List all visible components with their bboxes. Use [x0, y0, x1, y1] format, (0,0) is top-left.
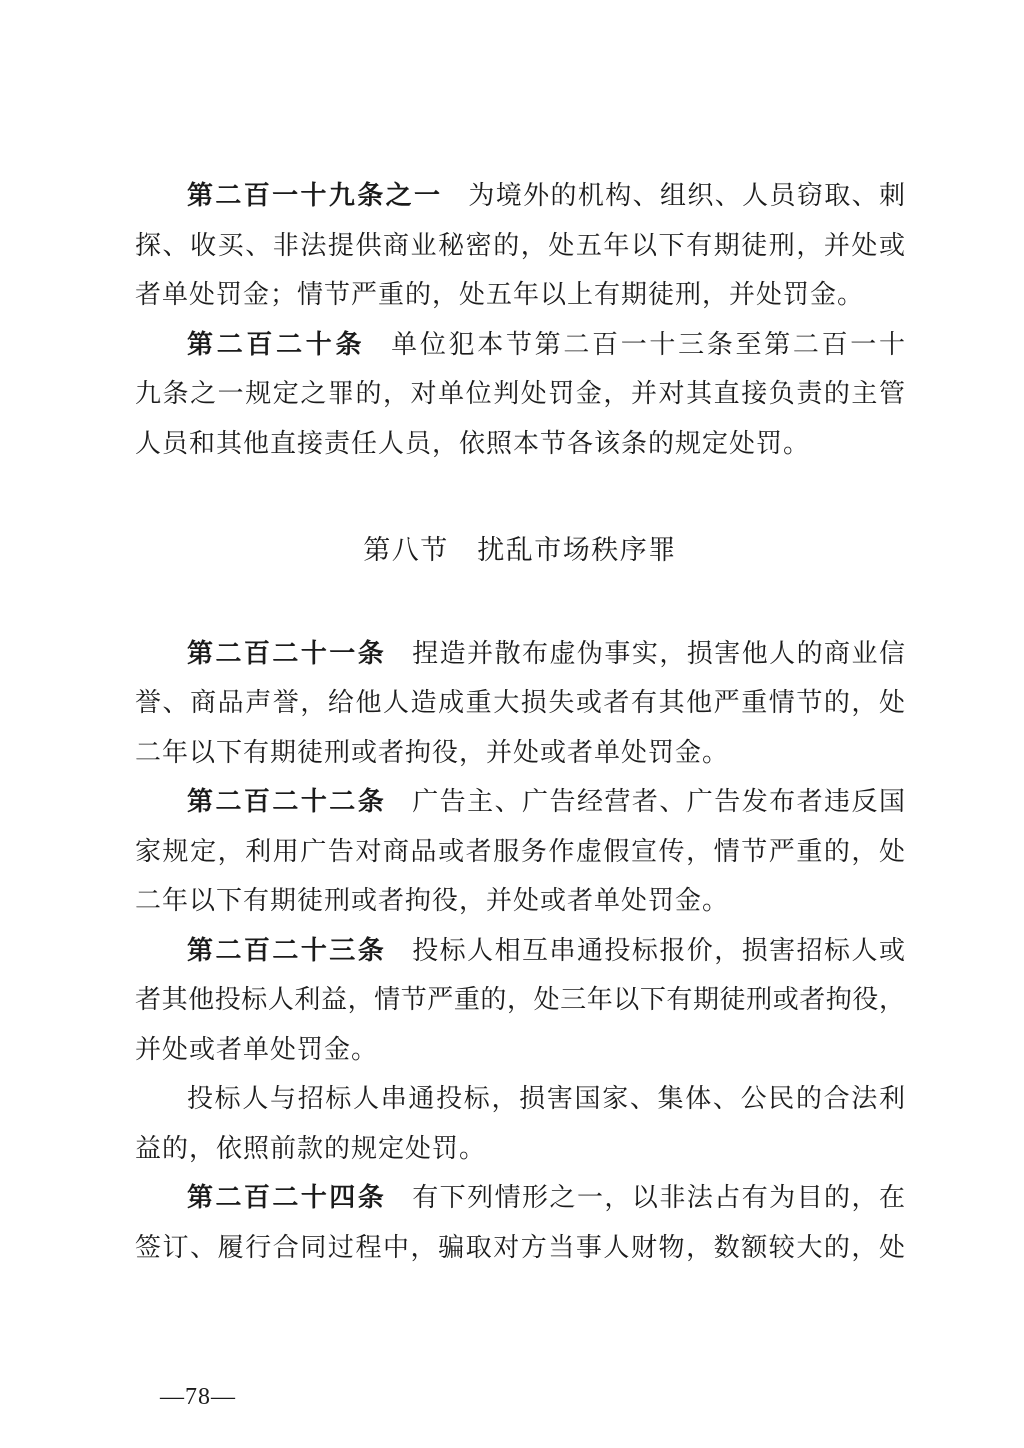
line-text: 探、收买、非法提供商业秘密的，处五年以下有期徒刑，并处或 — [135, 231, 905, 260]
article-number-label: 第二百二十条 — [187, 329, 365, 359]
line-text: 二年以下有期徒刑或者拘役，并处或者单处罚金。 — [135, 886, 729, 915]
text-line: 者其他投标人利益，情节严重的，处三年以下有期徒刑或者拘役， — [135, 975, 905, 1025]
line-text: 人员和其他直接责任人员，依照本节各该条的规定处罚。 — [135, 429, 810, 458]
text-line: 第二百二十四条有下列情形之一，以非法占有为目的，在 — [135, 1173, 905, 1223]
text-line: 家规定，利用广告对商品或者服务作虚假宣传，情节严重的，处 — [135, 827, 905, 877]
article-number-label: 第二百二十四条 — [187, 1182, 386, 1212]
text-line: 二年以下有期徒刑或者拘役，并处或者单处罚金。 — [135, 728, 905, 778]
line-text: 益的，依照前款的规定处罚。 — [135, 1134, 486, 1163]
text-line: 签订、履行合同过程中，骗取对方当事人财物，数额较大的，处 — [135, 1223, 905, 1273]
article-220: 第二百二十条单位犯本节第二百一十三条至第二百一十九条之一规定之罪的，对单位判处罚… — [135, 320, 905, 469]
text-line: 人员和其他直接责任人员，依照本节各该条的规定处罚。 — [135, 419, 905, 469]
article-221: 第二百二十一条捏造并散布虚伪事实，损害他人的商业信誉、商品声誉，给他人造成重大损… — [135, 629, 905, 778]
text-line: 者单处罚金；情节严重的，处五年以上有期徒刑，并处罚金。 — [135, 270, 905, 320]
line-text: 投标人相互串通投标报价，损害招标人或 — [412, 936, 905, 965]
text-line: 誉、商品声誉，给他人造成重大损失或者有其他严重情节的，处 — [135, 678, 905, 728]
article-219-1: 第二百一十九条之一为境外的机构、组织、人员窃取、刺探、收买、非法提供商业秘密的，… — [135, 171, 905, 320]
article-number-label: 第二百二十三条 — [187, 935, 386, 965]
line-text: 九条之一规定之罪的，对单位判处罚金，并对其直接负责的主管 — [135, 379, 905, 408]
line-text: 誉、商品声誉，给他人造成重大损失或者有其他严重情节的，处 — [135, 688, 905, 717]
line-text: 有下列情形之一，以非法占有为目的，在 — [412, 1183, 905, 1212]
line-text: 投标人与招标人串通投标，损害国家、集体、公民的合法利 — [187, 1084, 905, 1113]
line-text: 单位犯本节第二百一十三条至第二百一十 — [391, 330, 905, 359]
page-number: —78— — [160, 1382, 236, 1412]
text-line: 益的，依照前款的规定处罚。 — [135, 1124, 905, 1174]
article-222: 第二百二十二条广告主、广告经营者、广告发布者违反国家规定，利用广告对商品或者服务… — [135, 777, 905, 926]
line-text: 者其他投标人利益，情节严重的，处三年以下有期徒刑或者拘役， — [135, 985, 905, 1014]
line-text: 广告主、广告经营者、广告发布者违反国 — [412, 787, 905, 816]
text-line: 投标人与招标人串通投标，损害国家、集体、公民的合法利 — [135, 1074, 905, 1124]
text-line: 第二百二十三条投标人相互串通投标报价，损害招标人或 — [135, 926, 905, 976]
line-text: 签订、履行合同过程中，骗取对方当事人财物，数额较大的，处 — [135, 1233, 905, 1262]
document-body: 第二百一十九条之一为境外的机构、组织、人员窃取、刺探、收买、非法提供商业秘密的，… — [135, 171, 905, 1272]
line-text: 为境外的机构、组织、人员窃取、刺 — [468, 181, 905, 210]
article-number-label: 第二百二十二条 — [187, 786, 386, 816]
text-line: 并处或者单处罚金。 — [135, 1025, 905, 1075]
line-text: 家规定，利用广告对商品或者服务作虚假宣传，情节严重的，处 — [135, 837, 905, 866]
line-text: 并处或者单处罚金。 — [135, 1035, 378, 1064]
article-224: 第二百二十四条有下列情形之一，以非法占有为目的，在签订、履行合同过程中，骗取对方… — [135, 1173, 905, 1272]
text-line: 第二百二十二条广告主、广告经营者、广告发布者违反国 — [135, 777, 905, 827]
section-8-title: 第八节 扰乱市场秩序罪 — [135, 526, 905, 576]
article-number-label: 第二百二十一条 — [187, 638, 386, 668]
document-page: 第二百一十九条之一为境外的机构、组织、人员窃取、刺探、收买、非法提供商业秘密的，… — [0, 0, 1024, 1448]
article-number-label: 第二百一十九条之一 — [187, 180, 442, 210]
text-line: 九条之一规定之罪的，对单位判处罚金，并对其直接负责的主管 — [135, 369, 905, 419]
text-line: 第二百二十一条捏造并散布虚伪事实，损害他人的商业信 — [135, 629, 905, 679]
line-text: 二年以下有期徒刑或者拘役，并处或者单处罚金。 — [135, 738, 729, 767]
line-text: 者单处罚金；情节严重的，处五年以上有期徒刑，并处罚金。 — [135, 280, 864, 309]
line-text: 捏造并散布虚伪事实，损害他人的商业信 — [412, 639, 905, 668]
text-line: 探、收买、非法提供商业秘密的，处五年以下有期徒刑，并处或 — [135, 221, 905, 271]
article-223-paragraph-2: 投标人与招标人串通投标，损害国家、集体、公民的合法利益的，依照前款的规定处罚。 — [135, 1074, 905, 1173]
text-line: 二年以下有期徒刑或者拘役，并处或者单处罚金。 — [135, 876, 905, 926]
text-line: 第二百一十九条之一为境外的机构、组织、人员窃取、刺 — [135, 171, 905, 221]
article-223-paragraph-1: 第二百二十三条投标人相互串通投标报价，损害招标人或者其他投标人利益，情节严重的，… — [135, 926, 905, 1075]
text-line: 第二百二十条单位犯本节第二百一十三条至第二百一十 — [135, 320, 905, 370]
